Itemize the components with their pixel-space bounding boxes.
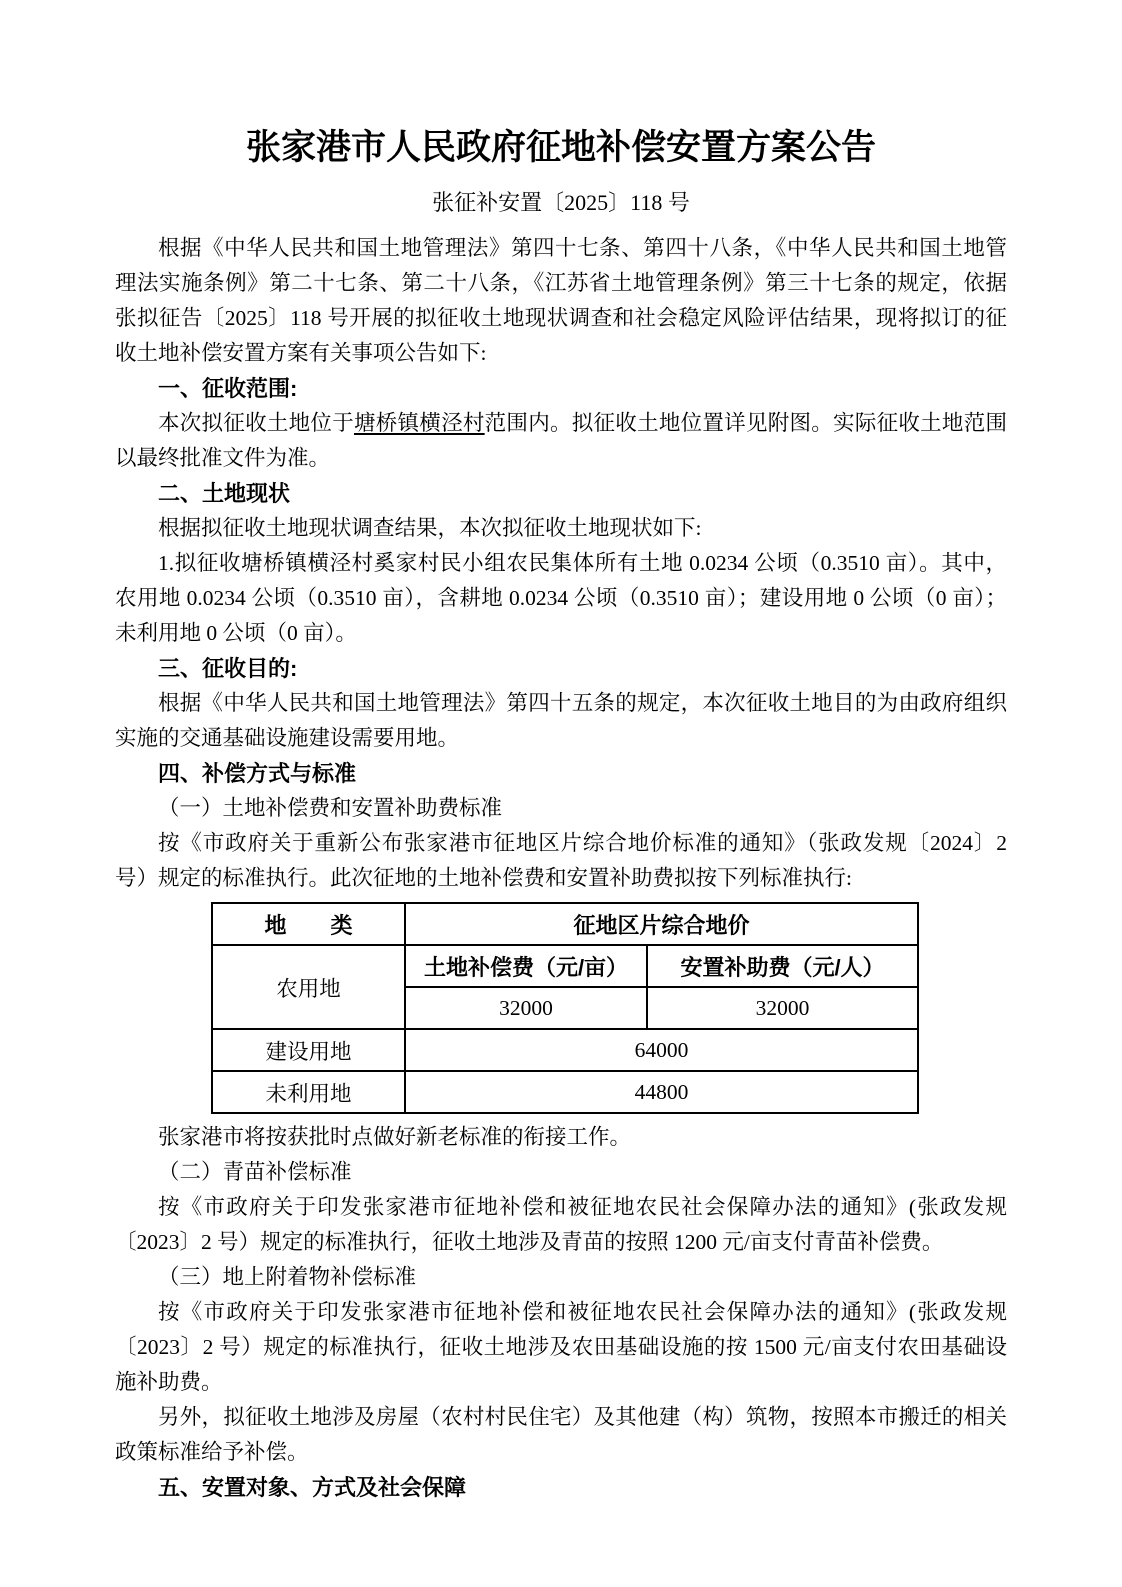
intro-paragraph: 根据《中华人民共和国土地管理法》第四十七条、第四十八条，《中华人民共和国土地管理… (115, 231, 1007, 371)
section-1-paragraph: 本次拟征收土地位于塘桥镇横泾村范围内。拟征收土地位置详见附图。实际征收土地范围以… (115, 406, 1007, 476)
section-4-sub-2-paragraph: 按《市政府关于印发张家港市征地补偿和被征地农民社会保障办法的通知》(张政发规〔2… (115, 1190, 1007, 1260)
table-cell-farmland-land-compensation-value: 32000 (405, 987, 647, 1029)
table-row-subheader: 农用地 土地补偿费（元/亩） 安置补助费（元/人） (212, 945, 918, 987)
section-3-paragraph: 根据《中华人民共和国土地管理法》第四十五条的规定，本次征收土地目的为由政府组织实… (115, 686, 1007, 756)
section-1-text-before: 本次拟征收土地位于 (158, 411, 354, 435)
table-header-land-type: 地 类 (212, 903, 405, 945)
table-row-construction-land: 建设用地 64000 (212, 1029, 918, 1071)
table-row-header: 地 类 征地区片综合地价 (212, 903, 918, 945)
table-header-comprehensive-price: 征地区片综合地价 (405, 903, 918, 945)
section-4-sub-1-paragraph: 按《市政府关于重新公布张家港市征地区片综合地价标准的通知》（张政发规〔2024〕… (115, 826, 1007, 896)
document-page: 张家港市人民政府征地补偿安置方案公告 张征补安置〔2025〕118 号 根据《中… (0, 0, 1122, 1587)
table-cell-farmland-resettlement-value: 32000 (647, 987, 918, 1029)
table-row-unused-land: 未利用地 44800 (212, 1071, 918, 1113)
section-2-paragraph-1: 根据拟征收土地现状调查结果，本次拟征收土地现状如下: (115, 511, 1007, 546)
section-4-sub-1-heading: （一）土地补偿费和安置补助费标准 (115, 791, 1007, 826)
section-4-sub-2-heading: （二）青苗补偿标准 (115, 1155, 1007, 1190)
section-4-heading: 四、补偿方式与标准 (115, 756, 1007, 791)
after-table-paragraph: 张家港市将按获批时点做好新老标准的衔接工作。 (115, 1120, 1007, 1155)
section-4-sub-3-paragraph: 按《市政府关于印发张家港市征地补偿和被征地农民社会保障办法的通知》(张政发规〔2… (115, 1295, 1007, 1400)
section-1-location-underlined: 塘桥镇横泾村 (354, 411, 485, 435)
document-number: 张征补安置〔2025〕118 号 (115, 188, 1007, 218)
document-content: 张家港市人民政府征地补偿安置方案公告 张征补安置〔2025〕118 号 根据《中… (115, 0, 1007, 1505)
table-cell-unused-value: 44800 (405, 1071, 918, 1113)
compensation-table: 地 类 征地区片综合地价 农用地 土地补偿费（元/亩） 安置补助费（元/人） 3… (211, 902, 919, 1114)
section-2-heading: 二、土地现状 (115, 476, 1007, 511)
table-cell-unused-label: 未利用地 (212, 1071, 405, 1113)
table-subheader-land-compensation: 土地补偿费（元/亩） (405, 945, 647, 987)
section-3-heading: 三、征收目的: (115, 651, 1007, 686)
table-cell-farmland-label: 农用地 (212, 945, 405, 1029)
table-cell-construction-label: 建设用地 (212, 1029, 405, 1071)
section-2-paragraph-2: 1.拟征收塘桥镇横泾村奚家村民小组农民集体所有土地 0.0234 公顷（0.35… (115, 546, 1007, 651)
additional-compensation-paragraph: 另外，拟征收土地涉及房屋（农村村民住宅）及其他建（构）筑物，按照本市搬迁的相关政… (115, 1400, 1007, 1470)
section-5-heading: 五、安置对象、方式及社会保障 (115, 1470, 1007, 1505)
table-subheader-resettlement-subsidy: 安置补助费（元/人） (647, 945, 918, 987)
table-cell-construction-value: 64000 (405, 1029, 918, 1071)
document-title: 张家港市人民政府征地补偿安置方案公告 (115, 126, 1007, 170)
section-4-sub-3-heading: （三）地上附着物补偿标准 (115, 1260, 1007, 1295)
section-1-heading: 一、征收范围: (115, 371, 1007, 406)
